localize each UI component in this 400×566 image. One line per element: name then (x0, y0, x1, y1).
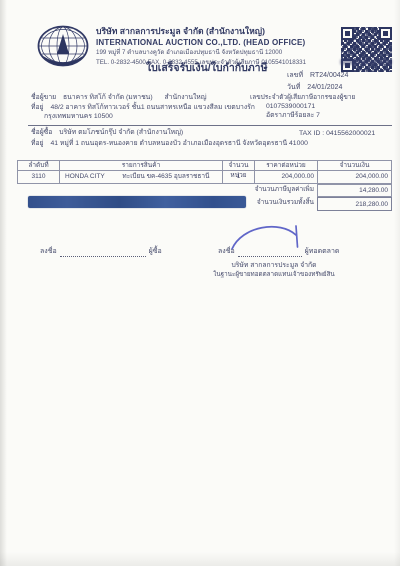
vat-amount: 14,280.00 (317, 184, 392, 197)
grand-total-amount: 218,280.00 (317, 197, 392, 211)
signature-dotted-line (238, 249, 302, 257)
seller-taxid-value: 0107539000171 (266, 103, 315, 112)
col-header-unit-price: ราคาต่อหน่วย (254, 160, 317, 171)
faint-code-smudge (340, 59, 392, 65)
col-header-no: ลำดับที่ (17, 160, 59, 171)
col-header-qty: จำนวนหน่วย (222, 160, 254, 171)
item-plate-detail: ทะเบียน ขค-4635 อุบลราชธานี (122, 173, 209, 180)
buyer-address: 41 หมู่ที่ 1 ถนนอุดร-หนองคาย ตำบลหนองบัว… (50, 140, 307, 147)
receipt-number-line: เลขที่ RT24/00424 (287, 70, 348, 81)
item-row-no: 3110 (17, 171, 59, 184)
buyer-name-label: ชื่อผู้ซื้อ (31, 129, 52, 136)
seller-address-line1: ที่อยู่ 48/2 อาคาร ทิสโก้ทาวเวอร์ ชั้น1 … (31, 104, 255, 113)
seller-name: ธนาคาร ทิสโก้ จำกัด (มหาชน) (63, 94, 153, 101)
qr-finder-icon (341, 27, 354, 40)
item-row-qty: 1 (222, 171, 254, 184)
buyer-address-label: ที่อยู่ (31, 140, 44, 147)
buyer-signature-line: ลงชื่อ ผู้ซื้อ (40, 246, 162, 257)
auctioneer-note: ในฐานะผู้ขายทอดตลาดแทนเจ้าของทรัพย์สิน (194, 269, 354, 279)
item-name: HONDA CITY (65, 173, 105, 180)
auctioneer-role-label: ผู้ทอดตลาด (305, 246, 340, 257)
seller-address-label: ที่อยู่ (31, 104, 44, 111)
seller-name-line: ชื่อผู้ขาย ธนาคาร ทิสโก้ จำกัด (มหาชน) ส… (31, 94, 207, 103)
receipt-number-label: เลขที่ (287, 72, 303, 79)
receipt-date-line: วันที่ 24/01/2024 (287, 82, 342, 93)
sign-label: ลงชื่อ (218, 246, 235, 257)
redaction-bar (28, 196, 246, 208)
buyer-address-line: ที่อยู่ 41 หมู่ที่ 1 ถนนอุดร-หนองคาย ตำบ… (31, 140, 308, 149)
col-header-amount: จำนวนเงิน (317, 160, 392, 171)
buyer-name-line: ชื่อผู้ซื้อ บริษัท ตมโภชน์กรุ๊ป จำกัด (ส… (31, 129, 183, 138)
receipt-number-value: RT24/00424 (310, 72, 348, 79)
seller-taxid-label: เลขประจำตัวผู้เสียภาษีอากรของผู้ขาย (250, 94, 355, 102)
seller-name-label: ชื่อผู้ขาย (31, 94, 56, 101)
seller-address1: 48/2 อาคาร ทิสโก้ทาวเวอร์ ชั้น1 ถนนสาทรเ… (50, 104, 254, 111)
receipt-date-value: 24/01/2024 (307, 84, 342, 91)
signature-dotted-line (60, 249, 146, 257)
vat-rate-line: อัตราภาษีร้อยละ 7 (266, 112, 320, 121)
qr-finder-icon (379, 27, 392, 40)
col-header-item: รายการสินค้า (59, 160, 222, 171)
seller-address-line2: กรุงเทพมหานคร 10500 (44, 113, 113, 122)
buyer-role-label: ผู้ซื้อ (149, 246, 162, 257)
company-name-en: INTERNATIONAL AUCTION CO.,LTD. (HEAD OFF… (96, 38, 341, 47)
item-row-unit-price: 204,000.00 (254, 171, 317, 184)
qr-code-icon (341, 27, 392, 72)
receipt-date-label: วันที่ (287, 84, 300, 91)
item-row-description: HONDA CITY ทะเบียน ขค-4635 อุบลราชธานี (59, 171, 222, 184)
seller-branch: สำนักงานใหญ่ (164, 94, 206, 101)
auctioneer-signature-line: ลงชื่อ ผู้ทอดตลาด (218, 246, 339, 257)
sign-label: ลงชื่อ (40, 246, 57, 257)
globe-logo-icon (37, 25, 89, 68)
document-title: ใบเสร็จรับเงิน/ใบกำกับภาษี (146, 59, 268, 76)
company-address: 199 หมู่ที่ 7 ตำบลบางคูวัด อำเภอเมืองปทุ… (96, 47, 341, 57)
item-row-amount: 204,000.00 (317, 171, 392, 184)
buyer-taxid-value: TAX ID : 0415562000021 (299, 130, 375, 139)
buyer-name: บริษัท ตมโภชน์กรุ๊ป จำกัด (สำนักงานใหญ่) (59, 129, 183, 136)
company-name-th: บริษัท สากลการประมูล จำกัด (สำนักงานใหญ่… (96, 24, 341, 38)
section-divider (28, 125, 392, 126)
receipt-document: บริษัท สากลการประมูล จำกัด (สำนักงานใหญ่… (0, 0, 400, 566)
